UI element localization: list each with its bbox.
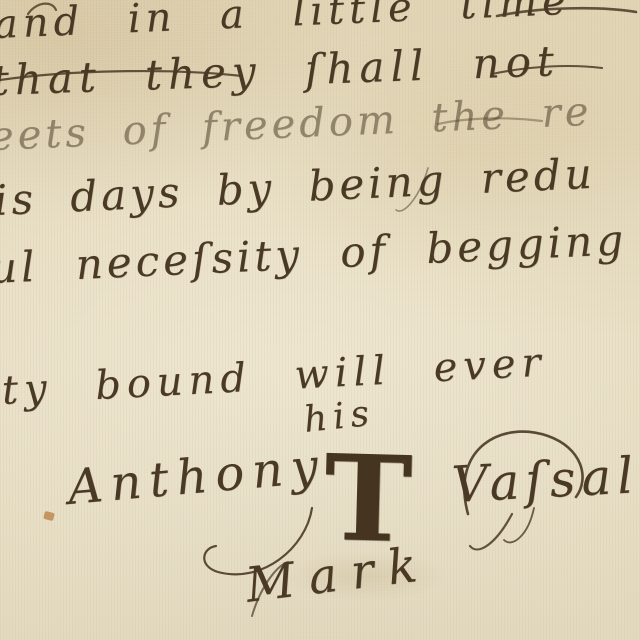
signature-surname: Vaſsal <box>450 446 640 514</box>
signature-mark-label: Mark <box>243 536 434 614</box>
manuscript-page: and in a little time that they ſhall not… <box>0 0 640 640</box>
vassal-v-lower-flourish <box>470 514 512 549</box>
vassal-long-s-descender <box>504 508 534 542</box>
handwritten-line-6: ty bound will ever <box>1 339 548 413</box>
signature-first-name: Anthony <box>66 438 329 516</box>
handwritten-line-4: is days by being redu <box>0 149 597 225</box>
ink-speck <box>43 511 55 521</box>
handwritten-line-5: ul neceſsity of begging <box>0 215 628 293</box>
